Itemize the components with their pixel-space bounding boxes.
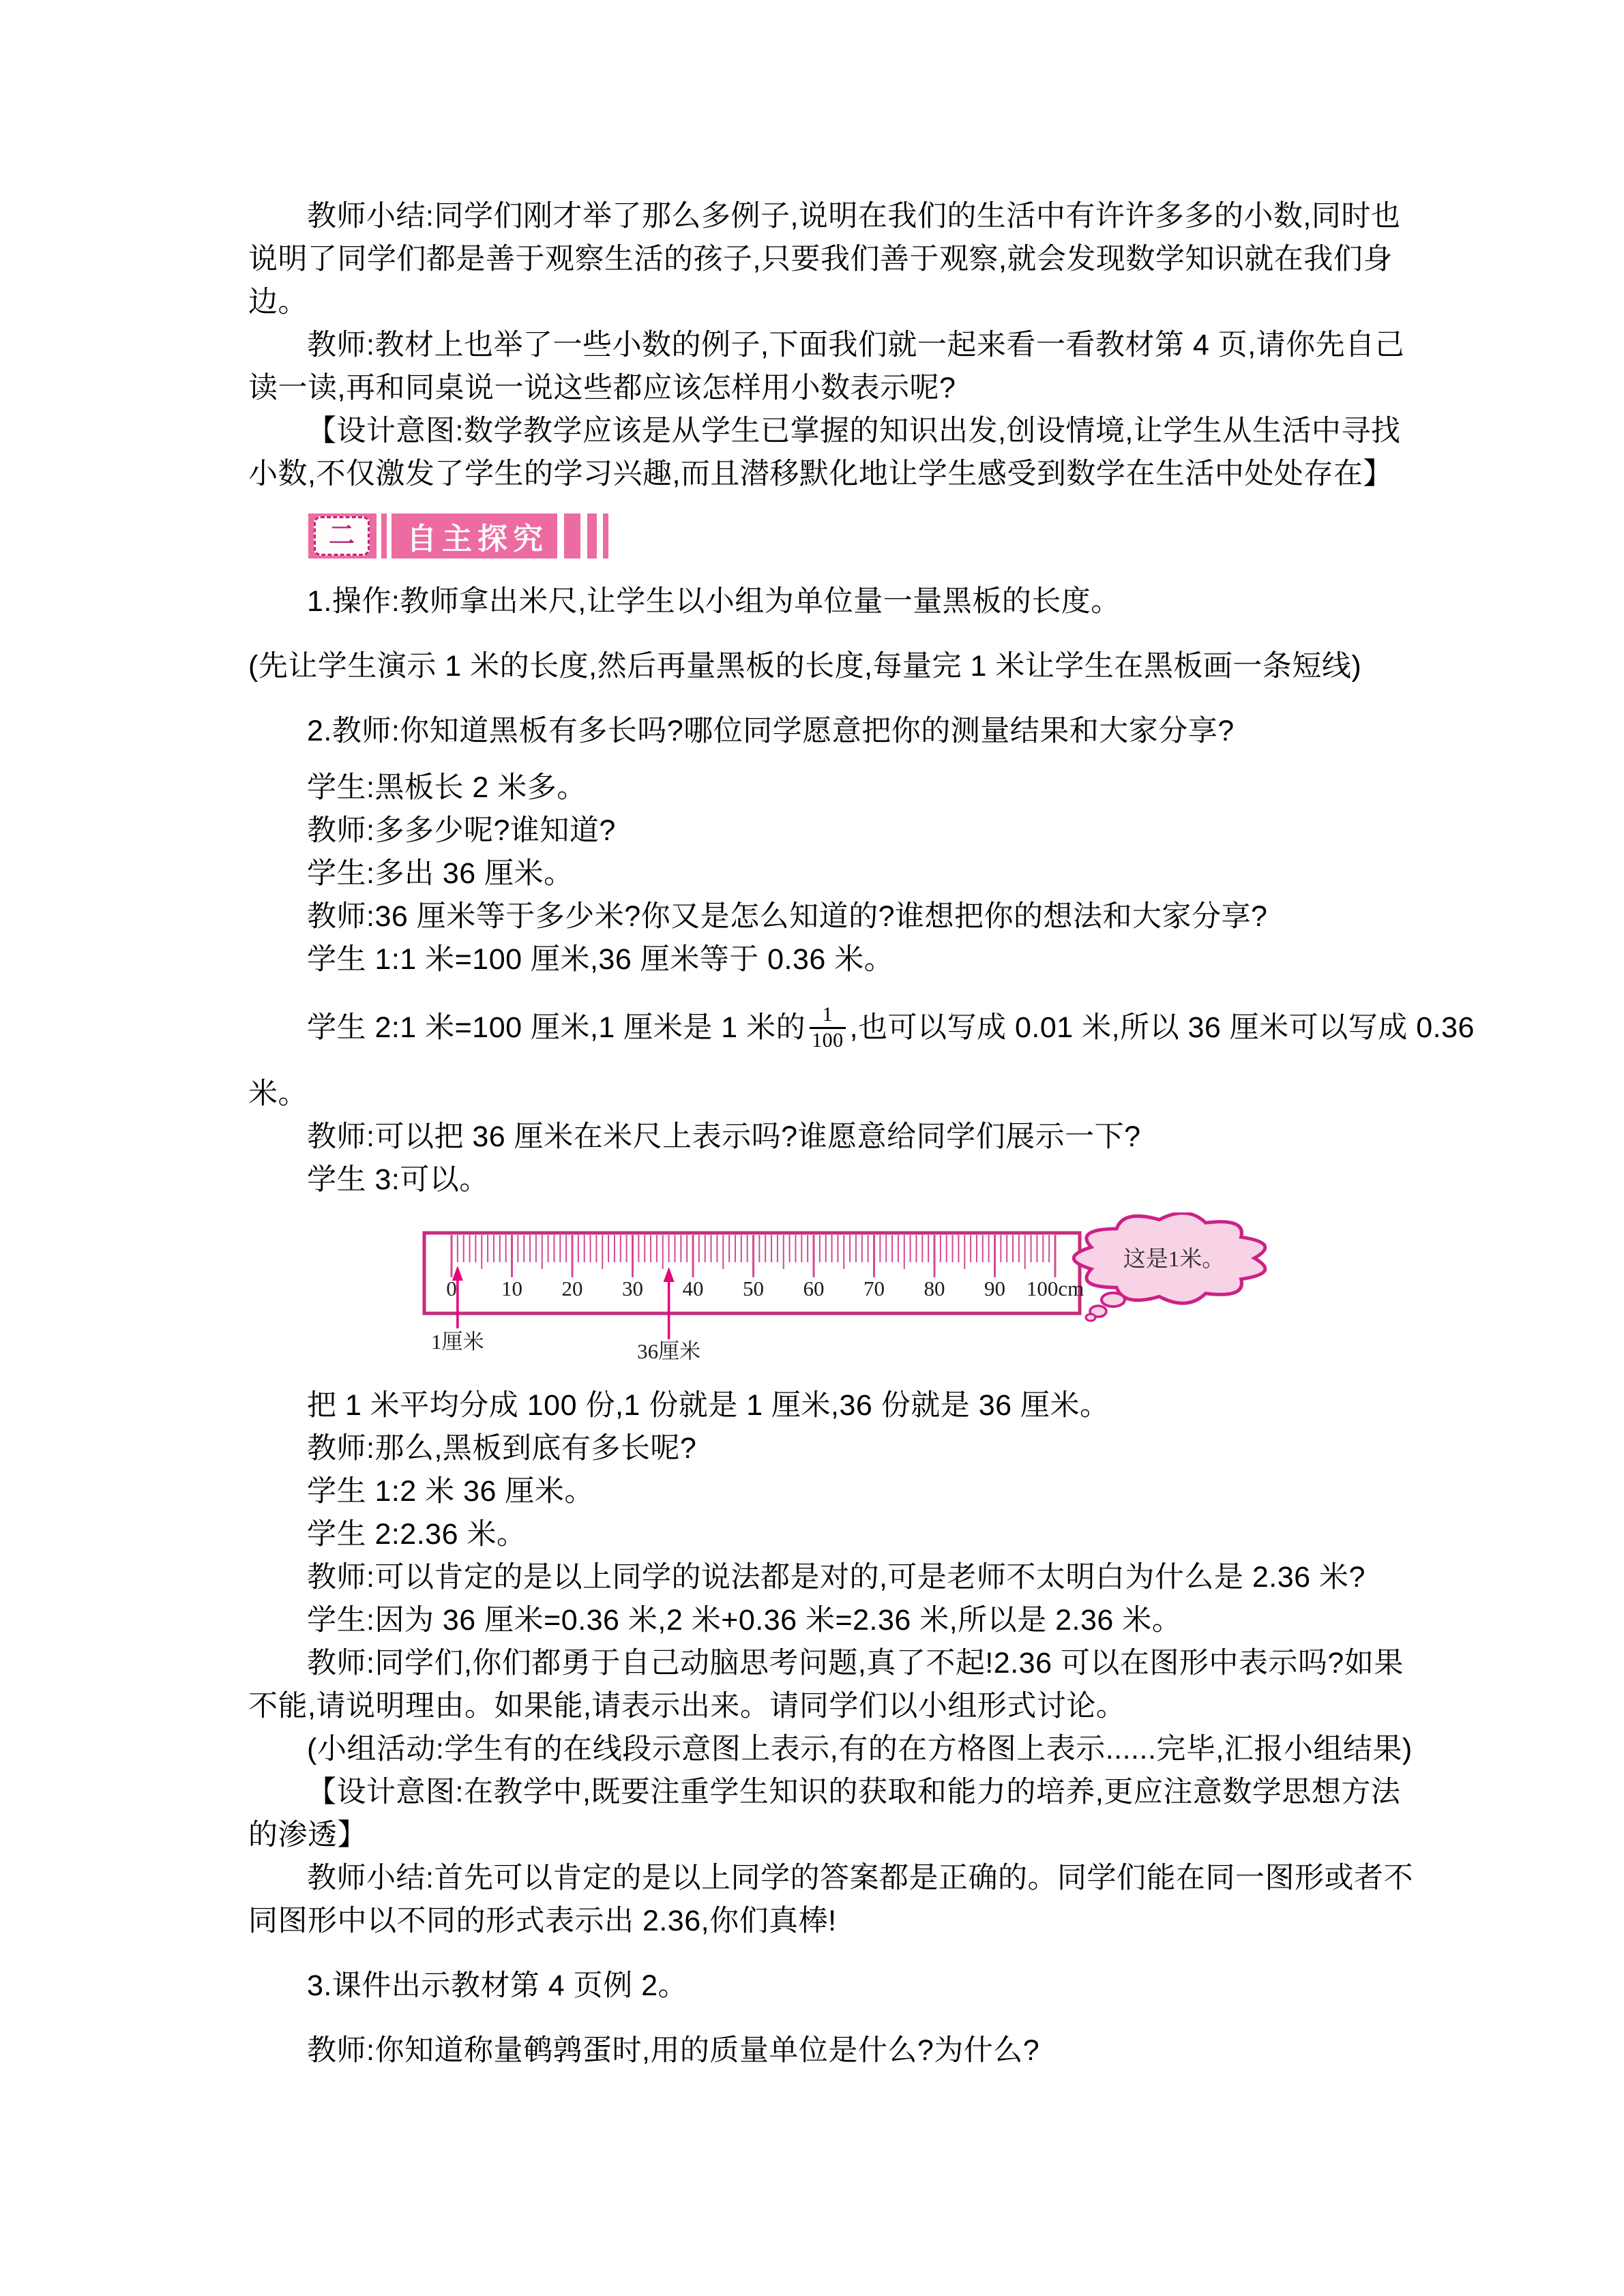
ruler-number: 100cm [1027,1277,1084,1300]
text-line: (小组活动:学生有的在线段示意图上表示,有的在方格图上表示......完毕,汇报… [248,1728,1398,1771]
text-line: 教师小结:首先可以肯定的是以上同学的答案都是正确的。同学们能在同一图形或者不 [248,1857,1398,1900]
text-line: (先让学生演示 1 米的长度,然后再量黑板的长度,每量完 1 米让学生在黑板画一… [248,645,1398,688]
band-stripe [377,513,381,558]
section-header-band: 二 自主探究 [308,513,608,558]
thought-bubble-tail [1102,1293,1125,1307]
text-line: 学生 3:可以。 [248,1159,1398,1202]
annotation-label: 1厘米 [431,1330,484,1354]
band-stripe [387,513,392,558]
ruler-number: 20 [562,1277,583,1300]
ruler-number: 90 [984,1277,1005,1300]
ruler-number: 10 [501,1277,522,1300]
thought-bubble-tail [1086,1314,1095,1321]
ruler-figure-block: 0102030405060708090100cm1厘米36厘米这是1米。 [248,1212,1398,1377]
text-line: 3.课件出示教材第 4 页例 2。 [248,1965,1398,2008]
text-line: 学生:黑板长 2 米多。 [248,766,1398,809]
text-line: 说明了同学们都是善于观察生活的孩子,只要我们善于观察,就会发现数学知识就在我们身 [248,238,1398,281]
fraction-after-text: ,也可以写成 0.01 米,所以 36 厘米可以写成 0.36 [850,1007,1475,1049]
ruler-number: 80 [924,1277,945,1300]
text-line: 的渗透】 [248,1814,1398,1857]
section-title: 自主探究 [407,514,548,558]
text-line: 教师:36 厘米等于多少米?你又是怎么知道的?谁想把你的想法和大家分享? [248,895,1398,938]
ruler-number: 60 [803,1277,825,1300]
text-line: 小数,不仅激发了学生的学习兴趣,而且潜移默化地让学生感受到数学在生活中处处存在】 [248,453,1398,496]
ruler-number: 40 [683,1277,704,1300]
text-line: 教师:同学们,你们都勇于自己动脑思考问题,真了不起!2.36 可以在图形中表示吗… [248,1642,1398,1685]
text-line: 1.操作:教师拿出米尺,让学生以小组为单位量一量黑板的长度。 [248,580,1398,623]
ruler-number: 70 [863,1277,885,1300]
text-line: 学生 1:2 米 36 厘米。 [248,1470,1398,1513]
annotation-label: 36厘米 [637,1339,700,1363]
text-line: 同图形中以不同的形式表示出 2.36,你们真棒! [248,1900,1398,1943]
text-line: 学生:因为 36 厘米=0.36 米,2 米+0.36 米=2.36 米,所以是… [248,1599,1398,1642]
text-line: 学生 1:1 米=100 厘米,36 厘米等于 0.36 米。 [248,938,1398,981]
section-number: 二 [329,523,355,549]
text-line: 米。 [248,1073,1398,1116]
ruler-number: 30 [622,1277,643,1300]
band-stripe-pattern [557,513,608,558]
text-line: 教师小结:同学们刚才举了那么多例子,说明在我们的生活中有许许多多的小数,同时也 [248,195,1398,238]
text-line: 教师:教材上也举了一些小数的例子,下面我们就一起来看一看教材第 4 页,请你先自… [248,324,1398,367]
text-line: 教师:可以把 36 厘米在米尺上表示吗?谁愿意给同学们展示一下? [248,1116,1398,1159]
document-page: 教师小结:同学们刚才举了那么多例子,说明在我们的生活中有许许多多的小数,同时也 … [0,0,1624,2296]
ruler-number: 50 [743,1277,764,1300]
text-line-fraction: 学生 2:1 米=100 厘米,1 厘米是 1 米的 1 100 ,也可以写成 … [248,989,1398,1066]
fraction-before-text: 学生 2:1 米=100 厘米,1 厘米是 1 米的 [307,1007,806,1049]
text-line: 不能,请说明理由。如果能,请表示出来。请同学们以小组形式讨论。 [248,1685,1398,1728]
thought-bubble-text: 这是1米。 [1123,1247,1225,1272]
text-line: 【设计意图:在教学中,既要注重学生知识的获取和能力的培养,更应注意数学思想方法 [248,1771,1398,1814]
text-line: 学生:多出 36 厘米。 [248,852,1398,895]
text-line: 教师:多多少呢?谁知道? [248,809,1398,852]
band-stripe [580,513,587,558]
fraction-numerator: 1 [823,1003,833,1027]
band-stripe [597,513,603,558]
section-number-badge: 二 [314,516,370,556]
text-line: 2.教师:你知道黑板有多长吗?哪位同学愿意把你的测量结果和大家分享? [248,710,1398,753]
fraction-denominator: 100 [810,1027,846,1053]
text-line: 【设计意图:数学教学应该是从学生已掌握的知识出发,创设情境,让学生从生活中寻找 [248,410,1398,453]
text-line: 教师:可以肯定的是以上同学的说法都是对的,可是老师不太明白为什么是 2.36 米… [248,1556,1398,1599]
text-line: 教师:那么,黑板到底有多长呢? [248,1427,1398,1470]
text-line: 学生 2:2.36 米。 [248,1513,1398,1556]
text-line: 把 1 米平均分成 100 份,1 份就是 1 厘米,36 份就是 36 厘米。 [248,1384,1398,1427]
text-line: 边。 [248,281,1398,324]
text-line: 读一读,再和同桌说一说这些都应该怎样用小数表示呢? [248,367,1398,410]
ruler-outline [424,1233,1080,1313]
ruler-figure: 0102030405060708090100cm1厘米36厘米这是1米。 [248,1212,1398,1374]
text-line: 教师:你知道称量鹌鹑蛋时,用的质量单位是什么?为什么? [248,2029,1398,2072]
band-stripe [557,513,564,558]
fraction: 1 100 [810,1003,846,1052]
